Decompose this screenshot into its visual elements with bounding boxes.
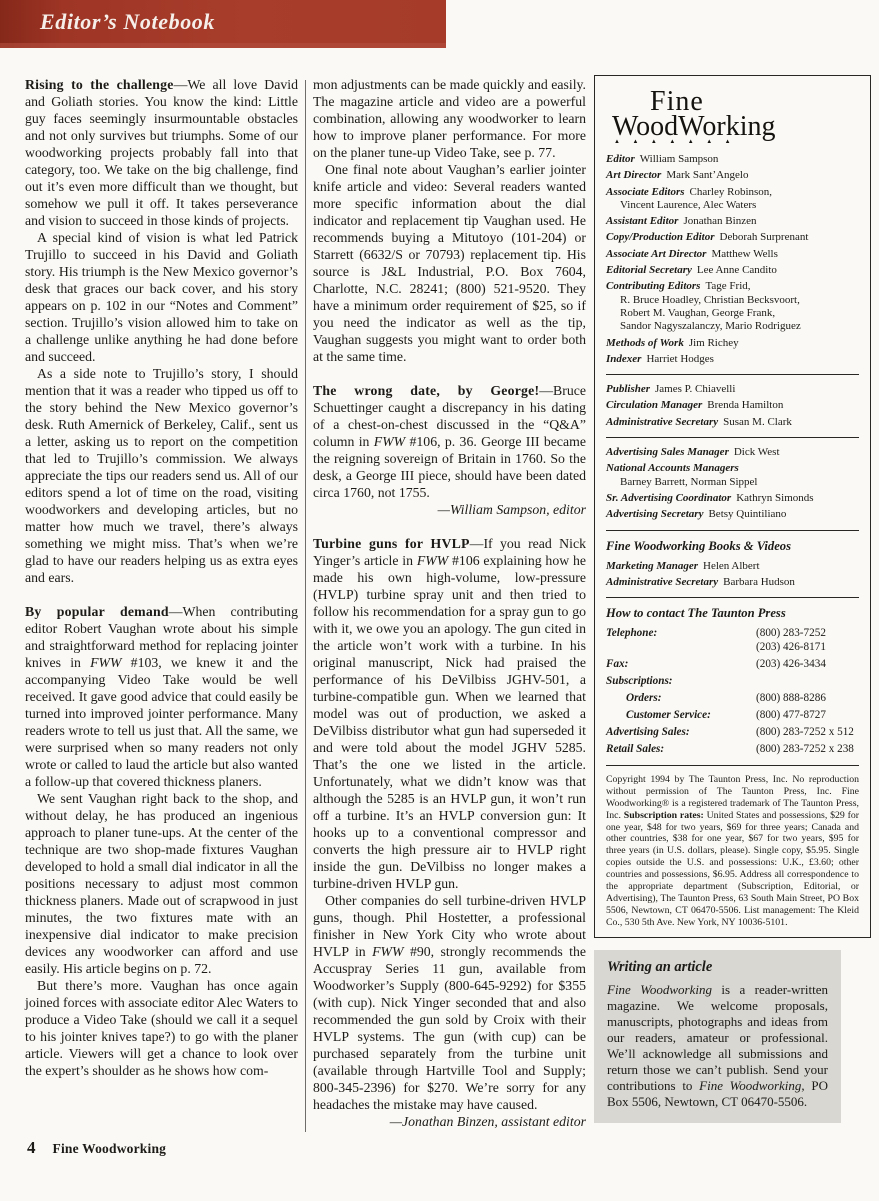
- paragraph-lead: Turbine guns for HVLP: [313, 536, 470, 551]
- masthead-entry-label: Contributing Editors: [606, 280, 700, 292]
- contact-value: (800) 283-7252(203) 426-8171: [756, 627, 859, 654]
- masthead-entry: Advertising Sales ManagerDick West: [606, 446, 859, 459]
- body-column-left: Rising to the challenge—We all love Davi…: [25, 76, 298, 1079]
- paragraph-lead: By popular demand: [25, 604, 169, 619]
- masthead-entry: Circulation ManagerBrenda Hamilton: [606, 399, 859, 412]
- masthead-entry: Editorial SecretaryLee Anne Candito: [606, 264, 859, 277]
- masthead-entry: Advertising SecretaryBetsy Quintiliano: [606, 508, 859, 521]
- masthead-entry: PublisherJames P. Chiavelli: [606, 383, 859, 396]
- masthead-entry-label: Assistant Editor: [606, 215, 678, 227]
- masthead-entry-label: Administrative Secretary: [606, 576, 718, 588]
- body-column-right: mon adjustments can be made quickly and …: [313, 76, 586, 1130]
- contact-value: (203) 426-3434: [756, 658, 859, 672]
- body-paragraph: But there’s more. Vaughan has once again…: [25, 977, 298, 1079]
- page-footer: 4 Fine Woodworking: [27, 1138, 166, 1158]
- masthead-entry: Methods of WorkJim Richey: [606, 337, 859, 350]
- body-paragraph: As a side note to Trujillo’s story, I sh…: [25, 365, 298, 586]
- writing-article-heading: Writing an article: [607, 959, 828, 976]
- masthead-section-rule: [606, 437, 859, 438]
- page-number: 4: [27, 1138, 36, 1158]
- contact-value: [756, 675, 859, 689]
- paragraph-signature: —William Sampson, editor: [313, 501, 586, 518]
- fine-woodworking-logo: Fine WoodWorking ▲ ▲ ▲ ▲ ▲ ▲ ▲: [612, 88, 859, 145]
- column-divider-rule: [305, 80, 306, 1132]
- masthead-entry-label: Associate Editors: [606, 186, 685, 198]
- paragraph-lead: Rising to the challenge: [25, 77, 174, 92]
- body-paragraph: A special kind of vision is what led Pat…: [25, 229, 298, 365]
- masthead-entry: IndexerHarriet Hodges: [606, 353, 859, 366]
- masthead-entry-label: Copy/Production Editor: [606, 231, 715, 243]
- footer-magazine-title: Fine Woodworking: [53, 1141, 167, 1157]
- contact-value: (800) 477-8727: [756, 709, 859, 723]
- body-paragraph: Turbine guns for HVLP—If you read Nick Y…: [313, 535, 586, 892]
- masthead-entry: Sr. Advertising CoordinatorKathryn Simon…: [606, 492, 859, 505]
- contact-row: Customer Service:(800) 477-8727: [606, 709, 859, 723]
- body-paragraph: We sent Vaughan right back to the shop, …: [25, 790, 298, 977]
- body-paragraph: Other companies do sell turbine-driven H…: [313, 892, 586, 1130]
- contact-row: Telephone:(800) 283-7252(203) 426-8171: [606, 627, 859, 654]
- writing-article-text: Fine Woodworking is a reader-written mag…: [607, 982, 828, 1110]
- masthead-entry-label: Marketing Manager: [606, 560, 698, 572]
- masthead-entry-label: Indexer: [606, 353, 641, 365]
- contact-label: Customer Service:: [606, 709, 756, 723]
- contact-label: Telephone:: [606, 627, 756, 654]
- body-paragraph: One final note about Vaughan’s earlier j…: [313, 161, 586, 365]
- masthead-entry-label: Methods of Work: [606, 337, 684, 349]
- masthead-sidebar: Fine WoodWorking ▲ ▲ ▲ ▲ ▲ ▲ ▲ EditorWil…: [594, 75, 871, 1123]
- contact-row: Retail Sales:(800) 283-7252 x 238: [606, 743, 859, 757]
- masthead-entry: EditorWilliam Sampson: [606, 153, 859, 166]
- masthead-entry-label: Editorial Secretary: [606, 264, 692, 276]
- editors-notebook-banner: Editor’s Notebook: [0, 0, 446, 48]
- masthead-section-heading: Fine Woodworking Books & Videos: [606, 539, 859, 554]
- contact-row: Orders:(800) 888-8286: [606, 692, 859, 706]
- masthead-entry-label: Editor: [606, 153, 635, 165]
- contact-label: Orders:: [606, 692, 756, 706]
- contact-label: Subscriptions:: [606, 675, 756, 689]
- masthead-entry-label: Publisher: [606, 383, 650, 395]
- body-paragraph: Rising to the challenge—We all love Davi…: [25, 76, 298, 229]
- masthead-entry: Associate Art DirectorMatthew Wells: [606, 248, 859, 261]
- paragraph-lead: The wrong date, by George!: [313, 383, 539, 398]
- contact-row: Fax:(203) 426-3434: [606, 658, 859, 672]
- masthead-entry-label: Advertising Sales Manager: [606, 446, 729, 458]
- masthead-entry-label: Sr. Advertising Coordinator: [606, 492, 731, 504]
- paragraph-signature: —Jonathan Binzen, assistant editor: [313, 1113, 586, 1130]
- body-paragraph: mon adjustments can be made quickly and …: [313, 76, 586, 161]
- copyright-notice: Copyright 1994 by The Taunton Press, Inc…: [606, 774, 859, 929]
- masthead-section-rule: [606, 597, 859, 598]
- page-title: Editor’s Notebook: [40, 9, 215, 35]
- masthead-entry-label: Administrative Secretary: [606, 416, 718, 428]
- contact-label: Fax:: [606, 658, 756, 672]
- body-paragraph: The wrong date, by George!—Bruce Schuett…: [313, 382, 586, 518]
- logo-line2: WoodWorking: [612, 113, 859, 141]
- masthead-box: Fine WoodWorking ▲ ▲ ▲ ▲ ▲ ▲ ▲ EditorWil…: [594, 75, 871, 938]
- masthead-entry: National Accounts ManagersBarney Barrett…: [606, 462, 859, 489]
- masthead-entry: Assistant EditorJonathan Binzen: [606, 215, 859, 228]
- masthead-entry: Art DirectorMark Sant’Angelo: [606, 169, 859, 182]
- masthead-entry: Associate EditorsCharley Robinson,Vincen…: [606, 186, 859, 213]
- masthead-entry-label: Art Director: [606, 169, 661, 181]
- contact-value: (800) 888-8286: [756, 692, 859, 706]
- masthead-entry-label: Associate Art Director: [606, 248, 706, 260]
- body-paragraph: By popular demand—When contributing edit…: [25, 603, 298, 790]
- masthead-section-heading: How to contact The Taunton Press: [606, 606, 859, 621]
- masthead-entry: Administrative SecretarySusan M. Clark: [606, 416, 859, 429]
- magazine-page: { "banner": { "title": "Editor’s Noteboo…: [0, 0, 879, 1201]
- masthead-entry: Marketing ManagerHelen Albert: [606, 560, 859, 573]
- masthead-entry-label: National Accounts Managers: [606, 462, 739, 474]
- contact-value: (800) 283-7252 x 238: [756, 743, 859, 757]
- contact-row: Subscriptions:: [606, 675, 859, 689]
- masthead-section-rule: [606, 530, 859, 531]
- contact-label: Retail Sales:: [606, 743, 756, 757]
- masthead-entry-label: Circulation Manager: [606, 399, 702, 411]
- masthead-entry-label: Advertising Secretary: [606, 508, 703, 520]
- contact-row: Advertising Sales:(800) 283-7252 x 512: [606, 726, 859, 740]
- masthead-section-rule: [606, 374, 859, 375]
- masthead-section-rule: [606, 765, 859, 766]
- writing-article-box: Writing an article Fine Woodworking is a…: [594, 950, 841, 1123]
- contact-value: (800) 283-7252 x 512: [756, 726, 859, 740]
- masthead-entry: Administrative SecretaryBarbara Hudson: [606, 576, 859, 589]
- contact-label: Advertising Sales:: [606, 726, 756, 740]
- masthead-entry: Contributing EditorsTage Frid,R. Bruce H…: [606, 280, 859, 333]
- masthead-entry: Copy/Production EditorDeborah Surprenant: [606, 231, 859, 244]
- masthead-sections: EditorWilliam SampsonArt DirectorMark Sa…: [606, 153, 859, 929]
